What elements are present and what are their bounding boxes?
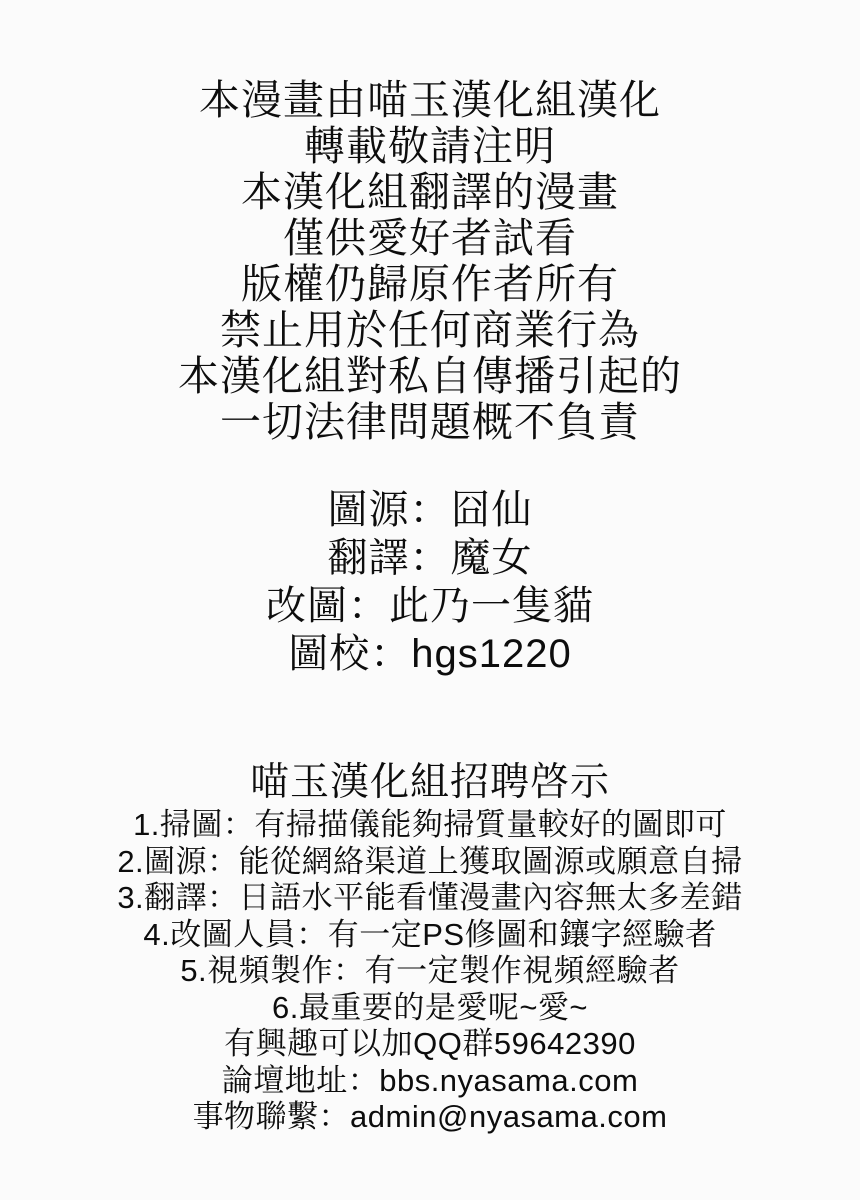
recruitment-item-video-maker: 5.視頻製作：有一定製作視頻經驗者 — [0, 953, 860, 990]
notice-line: 版權仍歸原作者所有 — [0, 261, 860, 307]
notice-line: 禁止用於任何商業行為 — [0, 307, 860, 353]
credit-line-source: 圖源：囧仙 — [0, 486, 860, 534]
notice-line: 僅供愛好者試看 — [0, 215, 860, 261]
credit-line-editor: 改圖：此乃一隻貓 — [0, 582, 860, 630]
credits-page: 本漫畫由喵玉漢化組漢化 轉載敬請注明 本漢化組翻譯的漫畫 僅供愛好者試看 版權仍… — [0, 0, 860, 1200]
copyright-notice-block: 本漫畫由喵玉漢化組漢化 轉載敬請注明 本漢化組翻譯的漫畫 僅供愛好者試看 版權仍… — [0, 77, 860, 445]
staff-credits-block: 圖源：囧仙 翻譯：魔女 改圖：此乃一隻貓 圖校：hgs1220 — [0, 486, 860, 678]
notice-line: 本漢化組翻譯的漫畫 — [0, 169, 860, 215]
notice-line: 本漢化組對私自傳播引起的 — [0, 353, 860, 399]
recruitment-title: 喵玉漢化組招聘啓示 — [0, 761, 860, 805]
notice-line: 一切法律問題概不負責 — [0, 399, 860, 445]
notice-line: 本漫畫由喵玉漢化組漢化 — [0, 77, 860, 123]
recruitment-item-love: 6.最重要的是愛呢~愛~ — [0, 990, 860, 1027]
recruitment-item-raw-provider: 2.圖源：能從網絡渠道上獲取圖源或願意自掃 — [0, 844, 860, 881]
recruitment-item-scanner: 1.掃圖：有掃描儀能夠掃質量較好的圖即可 — [0, 807, 860, 844]
recruitment-item-editor: 4.改圖人員：有一定PS修圖和鑲字經驗者 — [0, 917, 860, 954]
recruitment-contact-email: 事物聯繫：admin@nyasama.com — [0, 1099, 860, 1136]
recruitment-item-translator: 3.翻譯：日語水平能看懂漫畫內容無太多差錯 — [0, 880, 860, 917]
notice-line: 轉載敬請注明 — [0, 123, 860, 169]
recruitment-forum-address: 論壇地址：bbs.nyasama.com — [0, 1063, 860, 1100]
credit-line-proofreader: 圖校：hgs1220 — [0, 630, 860, 678]
recruitment-list: 1.掃圖：有掃描儀能夠掃質量較好的圖即可 2.圖源：能從網絡渠道上獲取圖源或願意… — [0, 807, 860, 1136]
recruitment-qq-group: 有興趣可以加QQ群59642390 — [0, 1026, 860, 1063]
credit-line-translator: 翻譯：魔女 — [0, 534, 860, 582]
